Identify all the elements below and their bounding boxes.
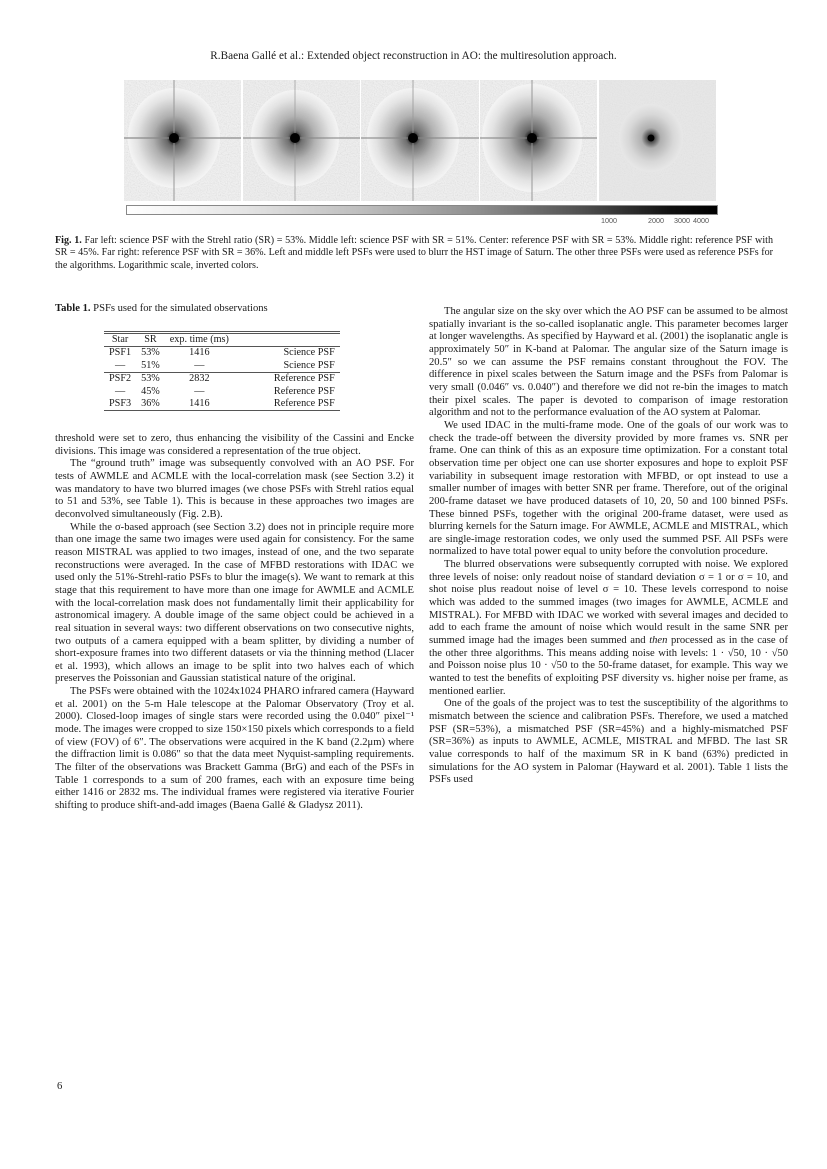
figure-caption-label: Fig. 1. bbox=[55, 235, 82, 246]
cell-star: PSF3 bbox=[104, 398, 136, 411]
cell-star: — bbox=[104, 360, 136, 373]
psf-panel-science-sr53 bbox=[124, 80, 241, 201]
running-head: R.Baena Gallé et al.: Extended object re… bbox=[0, 50, 827, 62]
cell-type: Reference PSF bbox=[234, 373, 340, 386]
paragraph: The “ground truth” image was subsequentl… bbox=[55, 458, 414, 521]
psf-panel-reference-sr36 bbox=[599, 80, 716, 201]
cell-sr: 45% bbox=[136, 386, 165, 398]
colorbar bbox=[126, 205, 718, 215]
figure-caption: Fig. 1. Far left: science PSF with the S… bbox=[55, 235, 773, 272]
table-row: — 45% — Reference PSF bbox=[104, 386, 340, 398]
paragraph: The angular size on the sky over which t… bbox=[429, 306, 788, 420]
colorbar-tick: 1000 bbox=[601, 216, 617, 225]
column-header-type bbox=[234, 333, 340, 347]
figure-caption-text: Far left: science PSF with the Strehl ra… bbox=[55, 235, 773, 271]
emphasis-text: then bbox=[649, 635, 667, 646]
cell-exp-time: 1416 bbox=[165, 398, 234, 411]
cell-type: Reference PSF bbox=[234, 398, 340, 411]
cell-type: Science PSF bbox=[234, 347, 340, 360]
cell-sr: 36% bbox=[136, 398, 165, 411]
cell-type: Science PSF bbox=[234, 360, 340, 373]
cell-sr: 53% bbox=[136, 373, 165, 386]
column-header-star: Star bbox=[104, 333, 136, 347]
cell-exp-time: — bbox=[165, 386, 234, 398]
right-column: The angular size on the sky over which t… bbox=[429, 306, 788, 787]
left-column: threshold were set to zero, thus enhanci… bbox=[55, 433, 414, 813]
page-number: 6 bbox=[57, 1081, 62, 1092]
colorbar-tick: 3000 bbox=[674, 216, 690, 225]
table-header-row: Star SR exp. time (ms) bbox=[104, 333, 340, 347]
table-row: — 51% — Science PSF bbox=[104, 360, 340, 373]
colorbar-tick: 2000 bbox=[648, 216, 664, 225]
table-title: Table 1. PSFs used for the simulated obs… bbox=[55, 303, 268, 314]
cell-type: Reference PSF bbox=[234, 386, 340, 398]
paragraph-text: The blurred observations were subsequent… bbox=[429, 559, 788, 646]
paragraph: The PSFs were obtained with the 1024x102… bbox=[55, 686, 414, 813]
cell-sr: 53% bbox=[136, 347, 165, 360]
table-label: Table 1. bbox=[55, 303, 91, 314]
colorbar-tick: 4000 bbox=[693, 216, 709, 225]
table-row: PSF1 53% 1416 Science PSF bbox=[104, 347, 340, 360]
table-row: PSF3 36% 1416 Reference PSF bbox=[104, 398, 340, 411]
psf-panel-science-sr51 bbox=[243, 80, 360, 201]
cell-sr: 51% bbox=[136, 360, 165, 373]
cell-exp-time: 2832 bbox=[165, 373, 234, 386]
cell-exp-time: — bbox=[165, 360, 234, 373]
table-caption-text: PSFs used for the simulated observations bbox=[91, 303, 268, 314]
cell-exp-time: 1416 bbox=[165, 347, 234, 360]
column-header-sr: SR bbox=[136, 333, 165, 347]
paragraph: We used IDAC in the multi-frame mode. On… bbox=[429, 420, 788, 559]
cell-star: — bbox=[104, 386, 136, 398]
psf-panel-reference-sr53 bbox=[361, 80, 478, 201]
figure-1: 1000 2000 3000 4000 bbox=[124, 80, 716, 201]
psf-panel-row bbox=[124, 80, 716, 201]
table-row: PSF2 53% 2832 Reference PSF bbox=[104, 373, 340, 386]
paragraph: The blurred observations were subsequent… bbox=[429, 559, 788, 698]
column-header-exp-time: exp. time (ms) bbox=[165, 333, 234, 347]
paragraph: While the σ-based approach (see Section … bbox=[55, 522, 414, 687]
cell-star: PSF2 bbox=[104, 373, 136, 386]
paragraph: threshold were set to zero, thus enhanci… bbox=[55, 433, 414, 458]
psf-table: Star SR exp. time (ms) PSF1 53% 1416 Sci… bbox=[104, 331, 340, 411]
cell-star: PSF1 bbox=[104, 347, 136, 360]
paragraph: One of the goals of the project was to t… bbox=[429, 698, 788, 787]
psf-panel-reference-sr45 bbox=[480, 80, 597, 201]
